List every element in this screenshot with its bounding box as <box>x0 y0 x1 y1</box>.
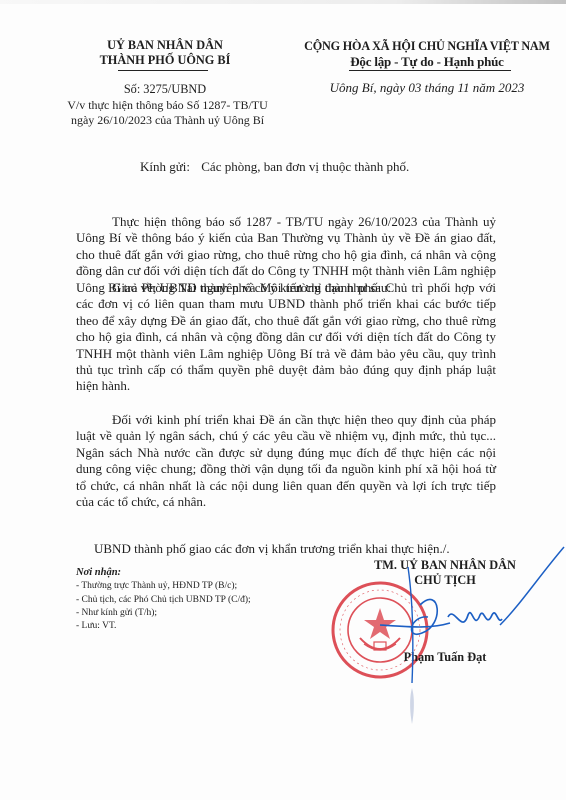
document-number: Số: 3275/UBND <box>70 82 260 97</box>
recipients-list: Nơi nhận: - Thường trực Thành uỷ, HĐND T… <box>76 566 316 633</box>
motto-underline <box>349 70 511 71</box>
recipients-item: - Lưu: VT. <box>76 620 316 633</box>
scan-smudge <box>409 688 415 724</box>
recipient-value: Các phòng, ban đơn vị thuộc thành phố. <box>201 159 409 174</box>
document-subject: V/v thực hiện thông báo Số 1287- TB/TU n… <box>65 98 270 128</box>
recipient-label: Kính gửi: <box>140 159 198 175</box>
agency-line-2: THÀNH PHỐ UÔNG BÍ <box>70 53 260 68</box>
national-motto: Độc lập - Tự do - Hạnh phúc <box>288 54 566 70</box>
recipient-line: Kính gửi: Các phòng, ban đơn vị thuộc th… <box>140 159 409 175</box>
subject-line-2: ngày 26/10/2023 của Thành uỷ Uông Bí <box>65 113 270 128</box>
recipients-item: - Chủ tịch, các Phó Chủ tịch UBND TP (C/… <box>76 594 316 607</box>
scan-edge-shadow <box>0 0 566 4</box>
national-header: CỘNG HÒA XÃ HỘI CHỦ NGHĨA VIỆT NAM Độc l… <box>288 38 566 70</box>
handwritten-signature-icon <box>350 545 565 685</box>
place-and-date: Uông Bí, ngày 03 tháng 11 năm 2023 <box>288 80 566 96</box>
recipients-item: - Như kính gửi (T/h); <box>76 607 316 620</box>
nation-name: CỘNG HÒA XÃ HỘI CHỦ NGHĨA VIỆT NAM <box>288 38 566 54</box>
subject-line-1: V/v thực hiện thông báo Số 1287- TB/TU <box>65 98 270 113</box>
recipients-title: Nơi nhận: <box>76 566 316 579</box>
agency-line-1: UỶ BAN NHÂN DÂN <box>70 38 260 53</box>
body-paragraph-3: Đối với kinh phí triển khai Đề án cần th… <box>76 412 496 510</box>
issuing-agency: UỶ BAN NHÂN DÂN THÀNH PHỐ UÔNG BÍ <box>70 38 260 68</box>
recipients-item: - Thường trực Thành uỷ, HĐND TP (B/c); <box>76 580 316 593</box>
agency-underline <box>118 70 208 71</box>
body-paragraph-2: Giao Phòng Tài nguyên và Môi trường thàn… <box>76 280 496 395</box>
